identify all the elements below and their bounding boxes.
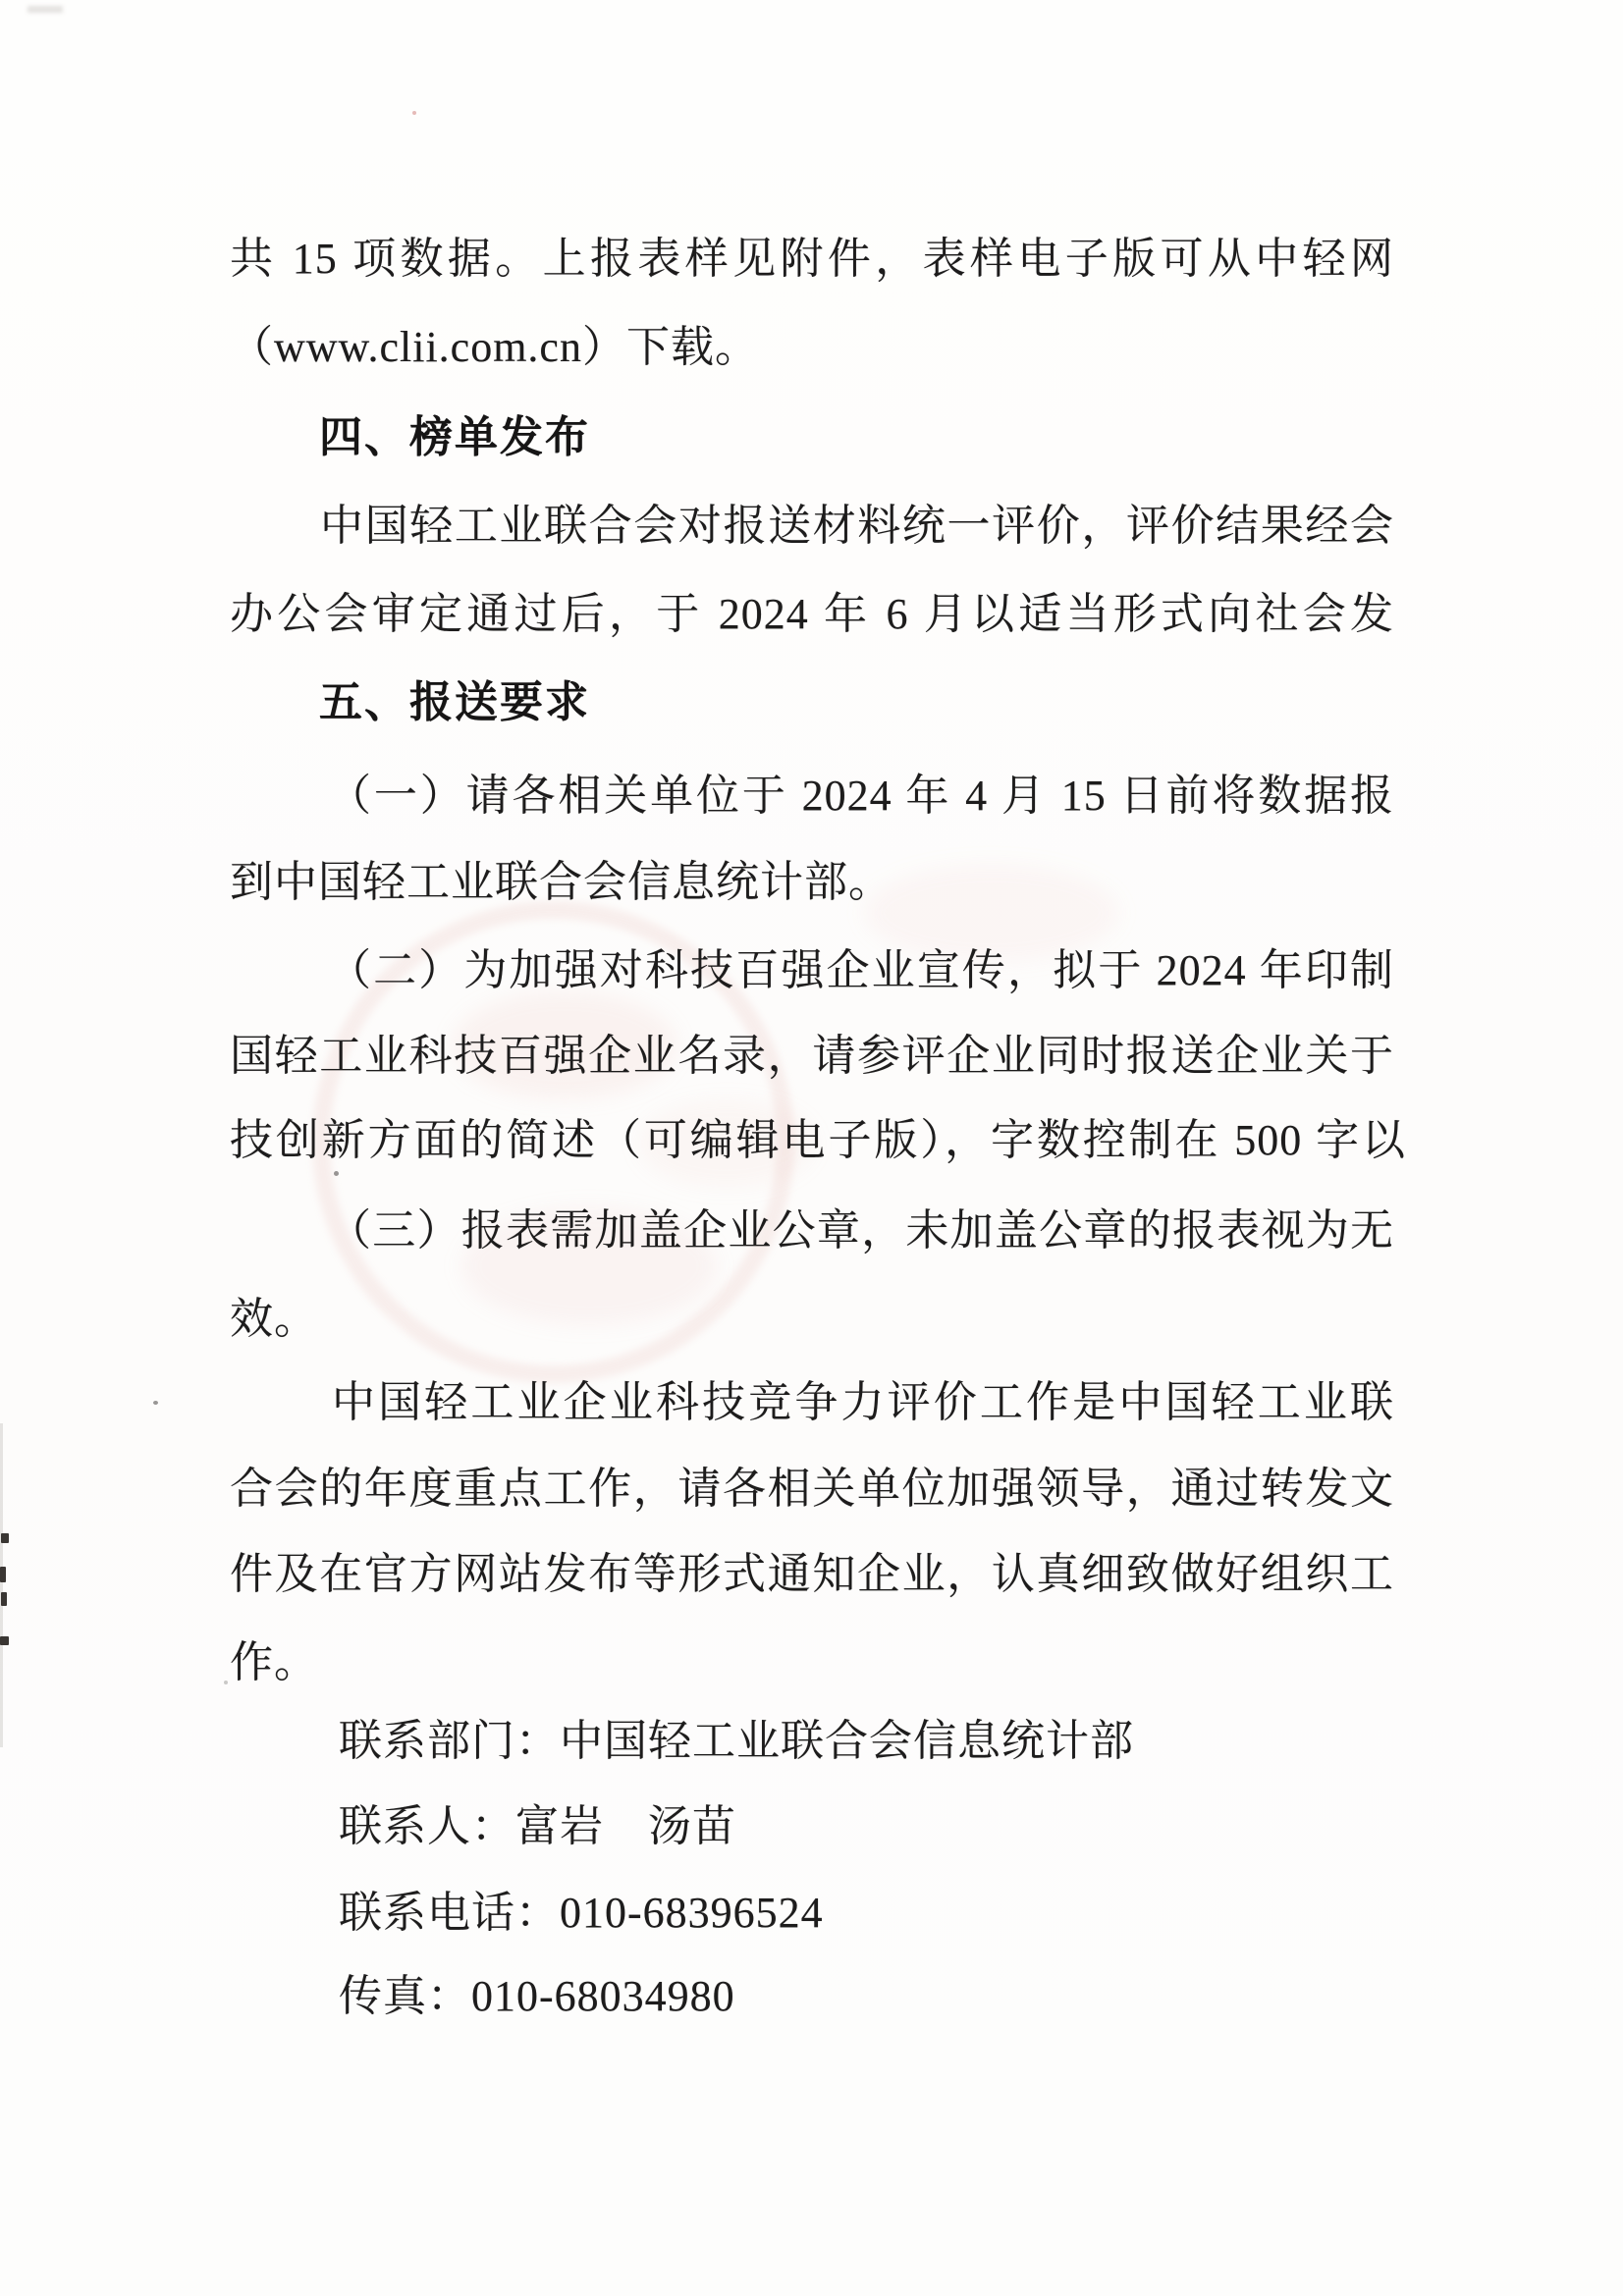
scanned-document-page: { "colors": { "ink": "#1d1c1c", "paper":… <box>0 0 1623 2296</box>
closing-para-line-4: 作。 <box>230 1634 318 1691</box>
closing-para-line-2: 合会的年度重点工作，请各相关单位加强领导，通过转发文 <box>230 1461 1394 1518</box>
section-5-item-1-line-1: （一）请各相关单位于 2024 年 4 月 15 日前将数据报送 <box>328 768 1394 825</box>
document-page: 共 15 项数据。上报表样见附件，表样电子版可从中轻网 （www.clii.co… <box>0 0 1623 2296</box>
section-4-para-line-2: 办公会审定通过后，于 2024 年 6 月以适当形式向社会发布。 <box>230 586 1394 643</box>
scan-speck <box>224 1681 228 1684</box>
section-4-para-line-1: 中国轻工业联合会对报送材料统一评价，评价结果经会长 <box>320 498 1394 555</box>
scan-speck <box>412 111 416 115</box>
section-5-item-3-line-2: 效。 <box>230 1291 318 1348</box>
section-5-item-2-line-1: （二）为加强对科技百强企业宣传，拟于 2024 年印制中 <box>328 942 1394 999</box>
scan-smudge <box>27 6 63 13</box>
intro-line-1: 共 15 项数据。上报表样见附件，表样电子版可从中轻网 <box>230 231 1394 288</box>
section-5-item-2-line-2: 国轻工业科技百强企业名录，请参评企业同时报送企业关于科 <box>230 1028 1394 1085</box>
scan-edge-mark <box>1 1592 7 1606</box>
scan-speck <box>153 1401 158 1405</box>
scan-speck <box>334 1171 339 1176</box>
contact-department: 联系部门：中国轻工业联合会信息统计部 <box>339 1713 1134 1770</box>
section-5-heading: 五、报送要求 <box>319 674 590 731</box>
section-5-item-3-line-1: （三）报表需加盖企业公章，未加盖公章的报表视为无 <box>328 1202 1394 1259</box>
scan-edge-mark <box>1 1533 9 1543</box>
contact-fax: 传真：010-68034980 <box>339 1968 735 2025</box>
scan-edge-mark <box>0 1636 9 1645</box>
contact-person: 联系人：富岩 汤苗 <box>339 1798 736 1855</box>
scan-edge-mark <box>0 1567 6 1582</box>
section-4-heading: 四、榜单发布 <box>319 409 590 466</box>
scan-edge-line <box>0 1423 3 1747</box>
intro-line-2-url: （www.clii.com.cn）下载。 <box>230 319 759 376</box>
contact-phone: 联系电话：010-68396524 <box>339 1885 824 1942</box>
section-5-item-1-line-2: 到中国轻工业联合会信息统计部。 <box>230 854 893 911</box>
section-5-item-2-line-3: 技创新方面的简述（可编辑电子版），字数控制在 500 字以内。 <box>230 1112 1406 1169</box>
closing-para-line-3: 件及在官方网站发布等形式通知企业，认真细致做好组织工 <box>230 1546 1394 1603</box>
closing-para-line-1: 中国轻工业企业科技竞争力评价工作是中国轻工业联 <box>332 1374 1394 1431</box>
